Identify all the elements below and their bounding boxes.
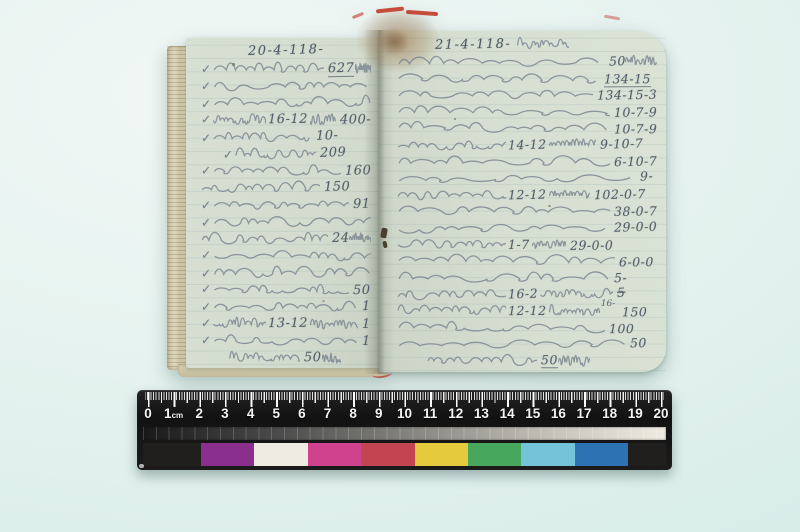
left-page-date-heading: 20-4-118- bbox=[248, 42, 325, 59]
handwritten-line: ✓ bbox=[201, 246, 371, 265]
handwriting-stroke bbox=[349, 231, 371, 246]
handwriting-stroke bbox=[310, 316, 358, 331]
ruler-number: 12 bbox=[448, 406, 463, 421]
color-patch-black bbox=[628, 443, 666, 466]
handwriting-stroke bbox=[397, 219, 610, 236]
amount-text: 134-15 bbox=[604, 71, 651, 87]
right-page-date-text: 21-4-118- bbox=[435, 36, 512, 52]
amount-text: 160 bbox=[345, 163, 371, 178]
handwriting-stroke bbox=[213, 94, 371, 111]
amount-text: 50 bbox=[630, 335, 647, 350]
handwriting-stroke bbox=[549, 136, 596, 151]
check-mark-icon: ✓ bbox=[201, 112, 211, 126]
handwritten-line: 150 bbox=[201, 178, 371, 196]
inline-number: 13-12 bbox=[268, 316, 308, 331]
handwriting-stroke bbox=[213, 332, 358, 348]
handwritten-line: 134-15-3 bbox=[397, 86, 657, 103]
handwritten-line: 50 bbox=[397, 52, 657, 70]
ruler-number: 7 bbox=[324, 406, 332, 421]
handwriting-stroke bbox=[397, 187, 506, 202]
handwriting-stroke bbox=[213, 61, 324, 76]
handwriting-stroke bbox=[397, 69, 600, 87]
handwritten-line: ✓91 bbox=[201, 196, 371, 214]
amount-text: 150 bbox=[324, 179, 351, 195]
check-mark-icon: ✓ bbox=[201, 281, 211, 295]
amount-text: 50 bbox=[353, 283, 371, 298]
handwriting-stroke bbox=[397, 269, 610, 284]
amount-text: 6-0-0 bbox=[619, 254, 654, 269]
handwritten-line: ✓ bbox=[201, 212, 371, 230]
inline-number: 12-12 bbox=[508, 186, 547, 202]
color-calibration-patches bbox=[143, 443, 666, 466]
ruler-number: 3 bbox=[221, 406, 229, 421]
amount-text: 100 bbox=[609, 320, 634, 335]
handwriting-stroke bbox=[397, 335, 626, 352]
handwriting-stroke bbox=[201, 180, 320, 196]
handwriting-stroke bbox=[321, 350, 341, 364]
ruler-number: 20 bbox=[653, 406, 668, 421]
handwriting-stroke bbox=[397, 318, 605, 335]
amount-text: 29-0-0 bbox=[614, 218, 657, 234]
amount-text: 91 bbox=[353, 197, 371, 212]
handwriting-stroke bbox=[235, 146, 317, 162]
handwriting-stroke bbox=[213, 247, 371, 264]
amount-text: 1 bbox=[362, 299, 371, 314]
check-mark-icon: ✓ bbox=[201, 61, 211, 75]
ruler-number: 19 bbox=[628, 406, 643, 421]
handwritten-line: 6-0-0 bbox=[397, 251, 657, 271]
inline-number: 1-7 bbox=[508, 236, 530, 251]
left-page-lines: ✓627✓✓✓16-12400-✓10-✓209✓160150✓91✓24✓✓✓… bbox=[201, 60, 371, 364]
handwritten-line: ✓627 bbox=[201, 60, 371, 77]
amount-text: 38-0-7 bbox=[614, 204, 657, 219]
amount-text: 400- bbox=[340, 112, 371, 127]
handwriting-stroke bbox=[213, 315, 266, 331]
handwriting-stroke bbox=[355, 61, 371, 76]
handwriting-stroke bbox=[397, 137, 506, 153]
handwriting-stroke bbox=[532, 236, 566, 251]
handwriting-stroke bbox=[213, 78, 371, 93]
amount-text: 1 bbox=[362, 317, 371, 332]
greyscale-gradient-strip bbox=[143, 427, 666, 440]
amount-text: 209 bbox=[320, 145, 347, 161]
header-suffix-script bbox=[517, 36, 569, 51]
check-mark-icon: ✓ bbox=[201, 299, 211, 313]
handwritten-line: ✓16-12400- bbox=[201, 110, 371, 128]
handwritten-line: 50 bbox=[397, 334, 657, 352]
amount-text: 50 bbox=[608, 53, 625, 68]
ruler-number: 13 bbox=[474, 406, 489, 421]
handwriting-stroke bbox=[427, 351, 538, 367]
handwriting-stroke bbox=[397, 53, 605, 69]
inline-number: 16-12 bbox=[268, 112, 308, 127]
ruler-number: 8 bbox=[349, 406, 357, 421]
check-mark-icon: ✓ bbox=[201, 163, 211, 177]
handwriting-stroke bbox=[397, 103, 610, 119]
ruler-chip bbox=[139, 464, 144, 468]
handwriting-stroke bbox=[397, 119, 610, 137]
ruler-number: 11 bbox=[423, 406, 437, 421]
handwritten-line: ✓13-121 bbox=[201, 314, 371, 333]
color-patch-green bbox=[468, 443, 521, 466]
ruler-number: 18 bbox=[602, 406, 617, 421]
inline-number: 16-2 bbox=[508, 286, 539, 302]
amount-text: 9-10-7 bbox=[599, 135, 643, 151]
handwriting-stroke bbox=[397, 301, 506, 317]
amount-text: 10- bbox=[315, 128, 338, 144]
amount-text: 1 bbox=[362, 334, 371, 349]
handwriting-stroke bbox=[213, 197, 349, 212]
color-patch-black bbox=[143, 443, 201, 466]
red-thread bbox=[406, 10, 438, 16]
ruler-number: 2 bbox=[196, 406, 204, 421]
check-mark-icon: ✓ bbox=[201, 316, 211, 330]
handwriting-stroke bbox=[201, 231, 328, 246]
measuring-scale: 01cm234567891011121314151617181920 bbox=[137, 390, 672, 470]
handwriting-stroke bbox=[397, 153, 610, 168]
check-mark-icon: ✓ bbox=[201, 247, 211, 261]
ruler-tick-marks bbox=[145, 392, 664, 407]
inline-number: 12-12 bbox=[508, 303, 547, 318]
check-mark-icon: ✓ bbox=[201, 130, 211, 144]
handwriting-stroke bbox=[558, 353, 590, 368]
check-mark-icon: ✓ bbox=[201, 96, 211, 110]
red-thread bbox=[604, 15, 620, 21]
amount-text: 24 bbox=[332, 231, 350, 246]
ruler-number: 9 bbox=[375, 406, 383, 421]
handwriting-stroke bbox=[517, 36, 569, 52]
amount-text: 50 bbox=[304, 350, 322, 364]
handwritten-line: ✓160 bbox=[201, 161, 371, 179]
check-mark-icon: ✓ bbox=[201, 79, 211, 93]
color-patch-red bbox=[361, 443, 414, 466]
handwriting-stroke bbox=[213, 213, 371, 229]
ruler-number: 10 bbox=[397, 406, 412, 421]
handwritten-line: 50 bbox=[397, 350, 657, 369]
amount-text: 5 bbox=[617, 285, 626, 300]
centimeter-ticks bbox=[145, 392, 664, 407]
handwriting-stroke bbox=[397, 251, 615, 269]
handwriting-stroke bbox=[549, 186, 591, 201]
ruler-number: 1cm bbox=[164, 406, 183, 421]
amount-text: 150 bbox=[622, 304, 647, 319]
handwritten-line: 38-0-7 bbox=[397, 202, 657, 220]
color-patch-white bbox=[254, 443, 307, 466]
handwriting-stroke bbox=[229, 350, 300, 364]
ruler-number: 14 bbox=[500, 406, 515, 421]
amount-text: 627 bbox=[328, 60, 355, 76]
check-mark-icon: ✓ bbox=[201, 215, 211, 229]
handwritten-line: 50 bbox=[201, 348, 371, 364]
handwriting-stroke bbox=[213, 299, 358, 314]
unit-label: cm bbox=[172, 411, 184, 420]
handwritten-line: ✓ bbox=[201, 77, 371, 94]
page-edge-stack bbox=[167, 46, 188, 370]
amount-text: 10-7-9 bbox=[614, 104, 657, 120]
handwriting-stroke bbox=[397, 168, 636, 186]
handwritten-line: ✓1 bbox=[201, 298, 371, 315]
amount-text: 5- bbox=[614, 270, 627, 285]
handwritten-line: ✓ bbox=[201, 263, 371, 281]
amount-text: 9- bbox=[640, 168, 654, 183]
handwritten-line: 9- bbox=[397, 167, 657, 187]
ruler-number: 4 bbox=[247, 406, 255, 421]
handwriting-stroke bbox=[310, 112, 336, 127]
red-thread bbox=[352, 12, 364, 19]
ruler-number: 6 bbox=[298, 406, 306, 421]
handwriting-stroke bbox=[549, 303, 601, 319]
color-patch-yellow bbox=[415, 443, 468, 466]
ruler-number: 15 bbox=[525, 406, 540, 421]
right-page-date-heading: 21-4-118- bbox=[435, 35, 657, 53]
amount-text: 29-0-0 bbox=[570, 237, 613, 252]
ruler-number: 17 bbox=[576, 406, 591, 421]
handwriting-stroke bbox=[397, 235, 506, 251]
amount-text: 50 bbox=[541, 352, 558, 368]
ruler-number: 0 bbox=[144, 406, 152, 421]
handwritten-line: ✓10- bbox=[201, 127, 371, 146]
handwritten-line: 29-0-0 bbox=[397, 218, 657, 237]
handwriting-stroke bbox=[213, 111, 266, 126]
handwritten-line: 12-12102-0-7 bbox=[397, 185, 657, 202]
handwritten-line: ✓50 bbox=[201, 280, 371, 299]
amount-text: 6-10-7 bbox=[614, 153, 657, 169]
handwritten-line: ✓209 bbox=[201, 144, 371, 163]
check-mark-icon: ✓ bbox=[201, 266, 211, 280]
color-patch-light-blue bbox=[521, 443, 574, 466]
inline-number: 14-12 bbox=[508, 136, 547, 152]
check-mark-icon: ✓ bbox=[201, 333, 211, 347]
ruler-number: 16 bbox=[551, 406, 566, 421]
right-page-content: 21-4-118- 50134-15134-15-310-7-910-7-914… bbox=[397, 35, 657, 369]
handwriting-stroke bbox=[397, 202, 610, 218]
color-patch-magenta bbox=[308, 443, 361, 466]
inline-note: 16- bbox=[601, 299, 616, 309]
amount-text: 134-15-3 bbox=[597, 87, 657, 103]
ruler-number: 5 bbox=[273, 406, 281, 421]
amount-text: 102-0-7 bbox=[594, 186, 646, 202]
photo-of-notebook-with-scale: 20-4-118- ✓627✓✓✓16-12400-✓10-✓209✓16015… bbox=[0, 0, 800, 532]
handwriting-stroke bbox=[213, 281, 350, 298]
color-patch-blue bbox=[575, 443, 628, 466]
red-thread bbox=[376, 7, 404, 14]
color-patch-purple bbox=[201, 443, 254, 466]
handwriting-stroke bbox=[213, 264, 371, 280]
handwriting-stroke bbox=[213, 163, 341, 179]
left-page-content: 20-4-118- ✓627✓✓✓16-12400-✓10-✓209✓16015… bbox=[201, 42, 371, 364]
right-page-lines: 50134-15134-15-310-7-910-7-914-129-10-76… bbox=[397, 53, 657, 368]
handwriting-stroke bbox=[213, 129, 312, 145]
handwriting-stroke bbox=[625, 53, 657, 68]
check-mark-icon: ✓ bbox=[201, 198, 211, 212]
handwritten-line: ✓1 bbox=[201, 331, 371, 350]
handwritten-line: 24 bbox=[201, 230, 371, 247]
handwriting-stroke bbox=[397, 87, 593, 102]
handwritten-line: 14-129-10-7 bbox=[397, 135, 657, 154]
handwritten-line: ✓ bbox=[201, 93, 371, 112]
check-mark-icon: ✓ bbox=[223, 147, 233, 161]
